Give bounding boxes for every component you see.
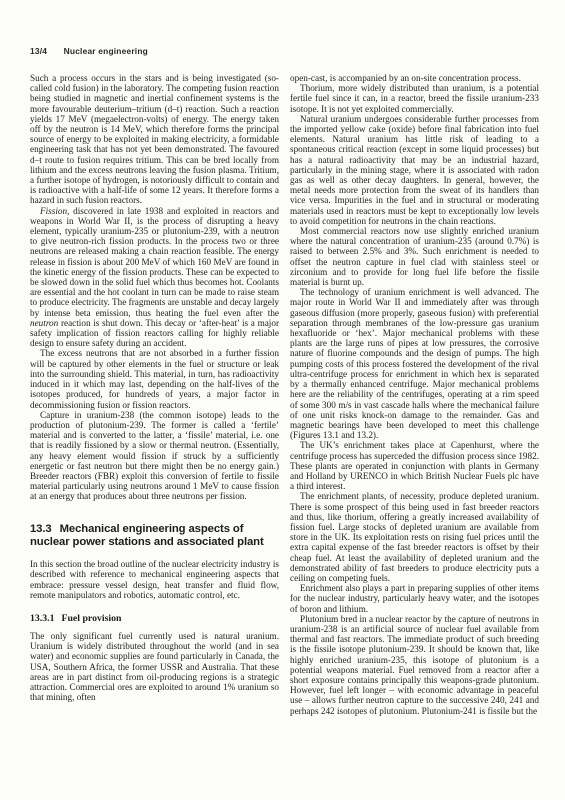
paragraph: The technology of uranium enrichment is … xyxy=(290,287,539,440)
paragraph: Fission, discovered in late 1938 and exp… xyxy=(30,206,279,349)
text-columns: Such a process occurs in the stars and i… xyxy=(30,73,539,716)
heading-title: Fuel provision xyxy=(62,613,122,624)
paragraph: Such a process occurs in the stars and i… xyxy=(30,73,279,206)
paragraph: In this section the broad outline of the… xyxy=(30,559,279,600)
paragraph: open-cast, is accompanied by an on-site … xyxy=(290,73,539,83)
chapter-title: Nuclear engineering xyxy=(64,46,148,56)
page-header: 13/4 Nuclear engineering xyxy=(30,46,539,56)
book-page: 13/4 Nuclear engineering Such a process … xyxy=(0,0,565,800)
subsection-heading: 13.3.1Fuel provision xyxy=(30,613,279,624)
paragraph: Enrichment also plays a part in preparin… xyxy=(290,583,539,614)
paragraph: The UK’s enrichment takes place at Capen… xyxy=(290,440,539,491)
heading-number: 13.3 xyxy=(30,523,52,535)
paragraph: The enrichment plants, of necessity, pro… xyxy=(290,491,539,583)
column-left: Such a process occurs in the stars and i… xyxy=(30,73,279,702)
section-heading: 13.3Mechanical engineering aspects of nu… xyxy=(30,523,279,551)
paragraph: Thorium, more widely distributed than ur… xyxy=(290,83,539,114)
paragraph: The only significant fuel currently used… xyxy=(30,631,279,702)
heading-title: Mechanical engineering aspects of nuclea… xyxy=(30,523,264,549)
paragraph: Natural uranium undergoes considerable f… xyxy=(290,114,539,226)
heading-number: 13.3.1 xyxy=(30,613,55,624)
paragraph: The excess neutrons that are not absorbe… xyxy=(30,348,279,409)
paragraph: Capture in uranium-238 (the common isoto… xyxy=(30,410,279,502)
page-content: 13/4 Nuclear engineering Such a process … xyxy=(30,46,539,716)
column-right: open-cast, is accompanied by an on-site … xyxy=(290,73,539,716)
page-number: 13/4 xyxy=(30,46,47,56)
paragraph: Plutonium bred in a nuclear reactor by t… xyxy=(290,614,539,716)
paragraph: Most commercial reactors now use slightl… xyxy=(290,226,539,287)
